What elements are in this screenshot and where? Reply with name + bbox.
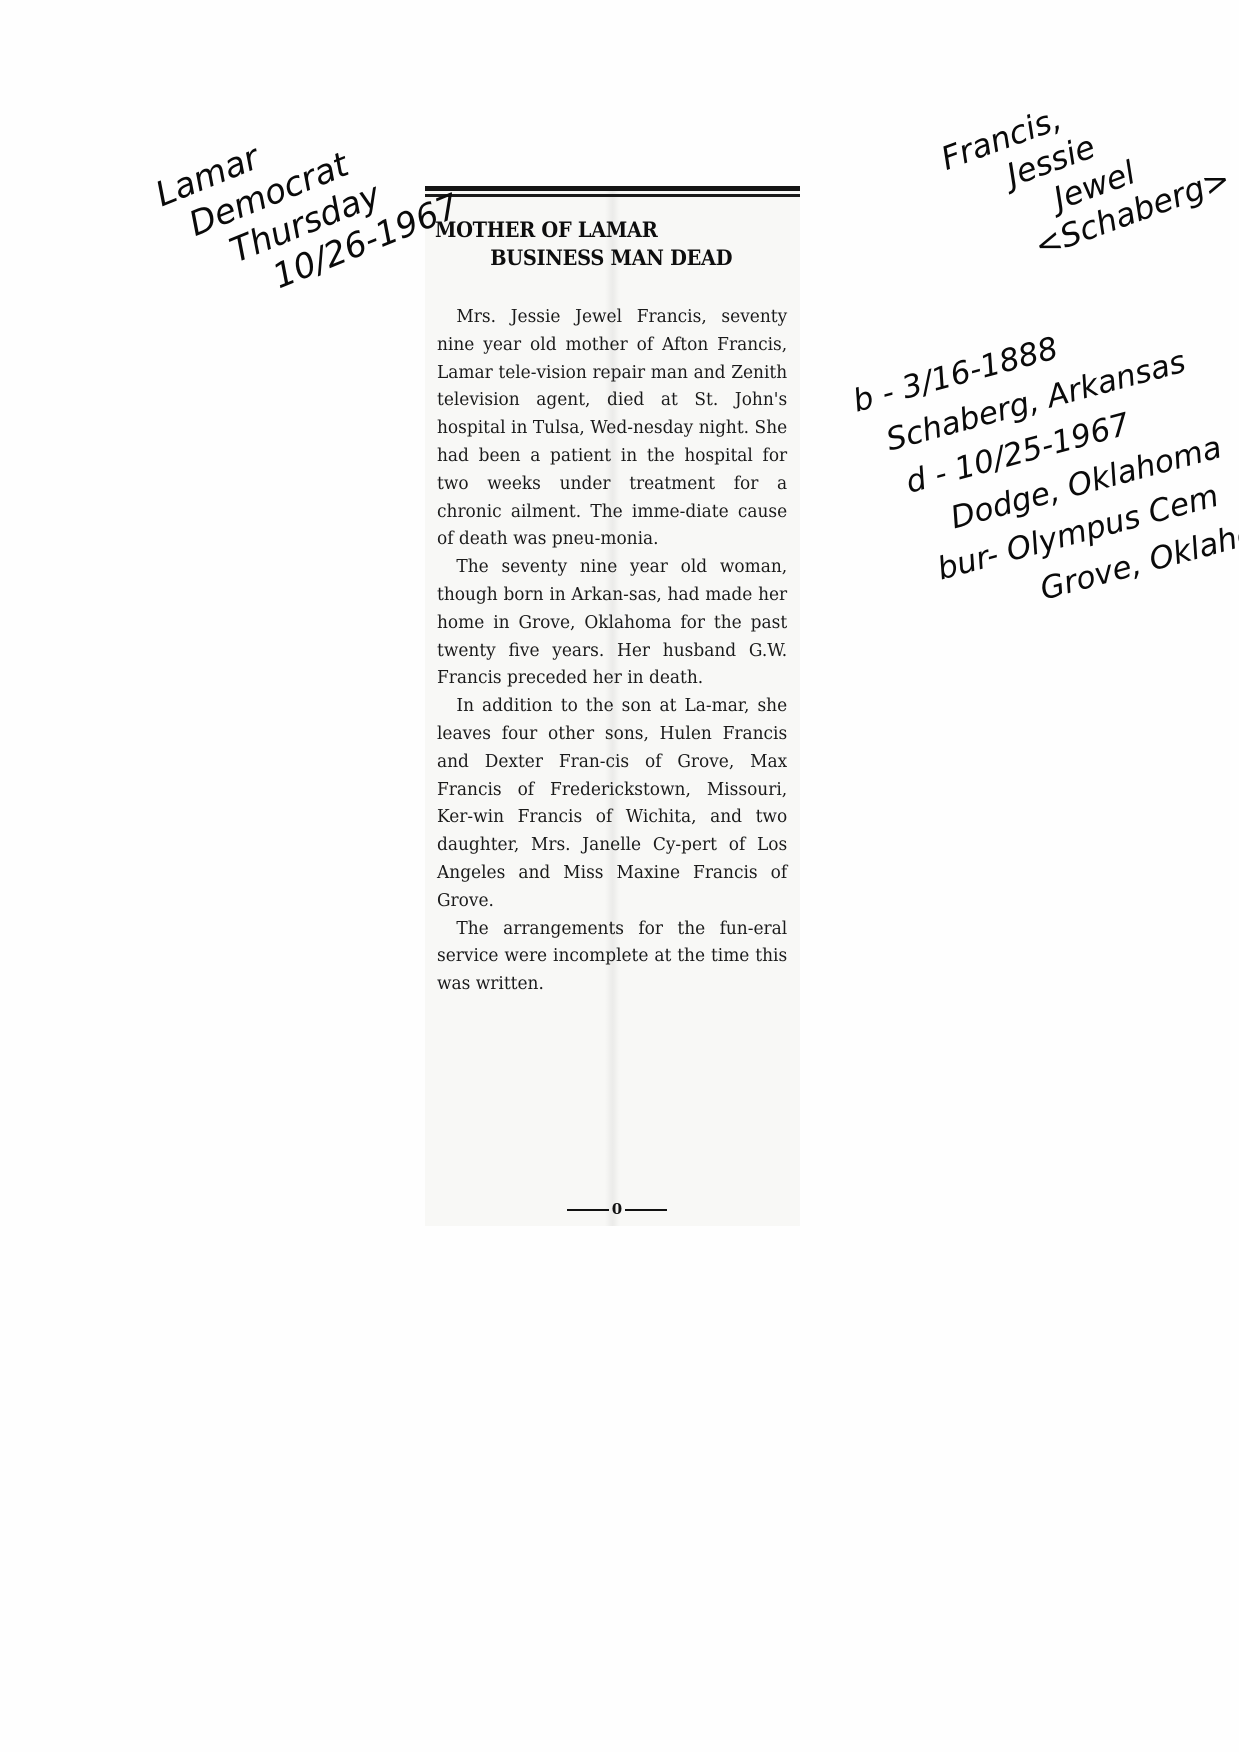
newspaper-clipping: MOTHER OF LAMAR BUSINESS MAN DEAD Mrs. J… [425,186,800,1226]
headline-line-2: BUSINESS MAN DEAD [435,244,766,272]
article-paragraph: In addition to the son at La-mar, she le… [437,693,787,915]
handwritten-vitals-note: b - 3/16-1888 Schaberg, Arkansas d - 10/… [848,276,1239,647]
handwritten-name-note: Francis, Jessie Jewel <Schaberg> [936,52,1235,285]
headline-rule-thick [425,186,800,191]
headline: MOTHER OF LAMAR BUSINESS MAN DEAD [435,216,766,272]
end-mark-line-right [625,1209,667,1211]
end-of-article-mark: 0 [567,1203,667,1217]
article-paragraph: Mrs. Jessie Jewel Francis, seventy nine … [437,304,787,554]
handwritten-source-note: Lamar Democrat Thursday 10/26-1967 [150,75,465,326]
article-paragraph: The seventy nine year old woman, though … [437,554,787,693]
article-body: Mrs. Jessie Jewel Francis, seventy nine … [437,304,787,999]
end-mark-circle: 0 [611,1199,623,1219]
headline-line-1: MOTHER OF LAMAR [435,217,657,242]
end-mark-line-left [567,1209,609,1211]
headline-rule-thin [425,194,800,197]
article-paragraph: The arrangements for the fun-eral servic… [437,916,787,999]
scanned-page: MOTHER OF LAMAR BUSINESS MAN DEAD Mrs. J… [0,0,1239,1752]
